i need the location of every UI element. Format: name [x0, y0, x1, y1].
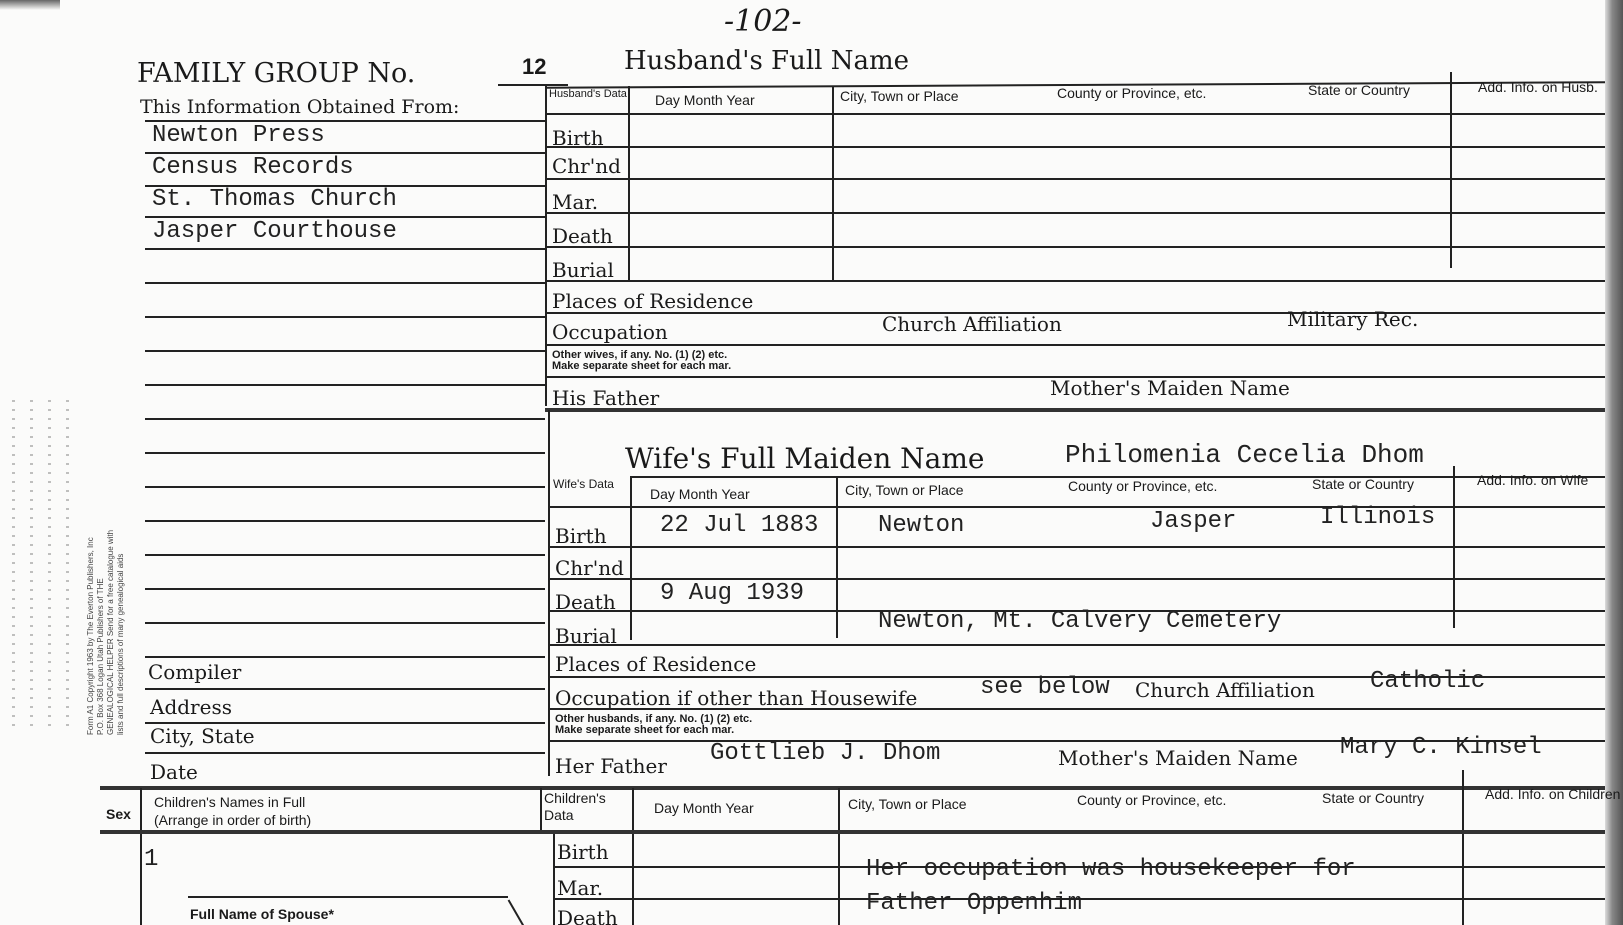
spouse-diagonal	[508, 900, 525, 925]
child-note-line-1[interactable]: Her occupation was housekeeper for	[866, 856, 1356, 883]
credit-line: P.O. Box 368 Logan Utah Publishers of TH…	[96, 395, 106, 735]
husband-row-rule	[545, 146, 1605, 148]
margin-marks	[12, 400, 72, 730]
family-group-number[interactable]: 12	[522, 54, 546, 80]
wife-col-divider	[836, 476, 838, 638]
wife-church-label: Church Affiliation	[1135, 678, 1315, 702]
blank-rule	[145, 656, 545, 658]
source-4[interactable]: Jasper Courthouse	[152, 218, 397, 245]
husband-col-divider	[628, 86, 630, 282]
husband-col-addinfo: Add. Info. on Husb.	[1478, 79, 1598, 95]
blank-rule	[145, 520, 545, 522]
other-wives-label-2: Make separate sheet for each mar.	[552, 361, 731, 372]
children-names-label: Children's Names in Full	[154, 794, 305, 810]
other-husbands-label-2: Make separate sheet for each mar.	[555, 725, 734, 736]
husband-col-county: County or Province, etc.	[1057, 85, 1206, 101]
husband-military-label: Military Rec.	[1287, 307, 1418, 331]
source-2[interactable]: Census Records	[152, 154, 354, 181]
wife-row-rule	[548, 506, 1605, 508]
wife-col-city: City, Town or Place	[845, 482, 964, 498]
husband-col-divider	[1450, 72, 1452, 268]
source-rule	[145, 248, 545, 250]
children-col-divider	[140, 788, 142, 925]
compiler-label: Compiler	[148, 660, 241, 684]
children-col-county: County or Province, etc.	[1077, 792, 1226, 808]
children-names-sublabel: (Arrange in order of birth)	[154, 812, 311, 828]
city-state-rule	[145, 752, 545, 754]
husband-death-label: Death	[552, 224, 613, 248]
wife-col-divider	[630, 476, 632, 640]
wife-occupation[interactable]: see below	[980, 674, 1110, 701]
wife-burial-place[interactable]: Newton, Mt. Calvery Cemetery	[878, 608, 1281, 635]
wife-mother-maiden-label: Mother's Maiden Name	[1058, 746, 1298, 770]
blank-rule	[145, 350, 545, 352]
husband-row-rule	[545, 246, 1605, 248]
wife-birth-date[interactable]: 22 Jul 1883	[660, 512, 818, 539]
husband-row-rule	[545, 312, 1605, 314]
his-father-label: His Father	[552, 386, 659, 410]
husband-row-rule	[545, 280, 1605, 282]
husband-row-rule	[545, 344, 1605, 346]
children-col-divider	[553, 830, 555, 925]
wife-data-label: Wife's Data	[553, 478, 623, 491]
wife-birth-label: Birth	[555, 524, 607, 548]
wife-col-addinfo: Add. Info. on Wife	[1477, 472, 1588, 488]
blank-rule	[145, 452, 545, 454]
wife-col-state: State or Country	[1312, 476, 1414, 492]
children-col-divider	[1462, 770, 1464, 925]
page-number: -102-	[724, 4, 802, 39]
center-divider	[548, 410, 550, 776]
wife-col-date: Day Month Year	[650, 486, 750, 502]
wife-church[interactable]: Catholic	[1370, 668, 1485, 695]
date-label: Date	[150, 760, 198, 784]
husband-church-label: Church Affiliation	[882, 312, 1062, 336]
wife-mother-maiden-name[interactable]: Mary C. Kinsel	[1340, 734, 1542, 761]
blank-rule	[145, 384, 545, 386]
children-col-divider	[632, 788, 634, 925]
scan-edge	[0, 0, 60, 10]
wife-birth-city[interactable]: Newton	[878, 512, 964, 539]
source-1[interactable]: Newton Press	[152, 122, 325, 149]
child-number-1: 1	[144, 846, 158, 873]
children-col-date: Day Month Year	[654, 800, 754, 816]
husband-col-date: Day Month Year	[655, 92, 755, 108]
wife-death-date[interactable]: 9 Aug 1939	[660, 580, 804, 607]
children-col-divider	[838, 788, 840, 925]
source-3[interactable]: St. Thomas Church	[152, 186, 397, 213]
wife-row-rule	[548, 546, 1605, 548]
blank-rule	[145, 554, 545, 556]
children-col-addinfo: Add. Info. on Children	[1485, 786, 1620, 802]
wife-occupation-label: Occupation if other than Housewife	[555, 686, 917, 710]
husband-col-divider	[832, 86, 834, 282]
address-label: Address	[150, 695, 232, 719]
family-group-label: FAMILY GROUP No.	[137, 58, 415, 89]
wife-chrnd-label: Chr'nd	[555, 556, 624, 580]
husband-mother-maiden-label: Mother's Maiden Name	[1050, 376, 1290, 400]
blank-rule	[145, 486, 545, 488]
wife-birth-county[interactable]: Jasper	[1150, 508, 1236, 535]
husband-chrnd-label: Chr'nd	[552, 154, 621, 178]
blank-rule	[145, 418, 545, 420]
husband-row-rule	[545, 178, 1605, 180]
wife-maiden-name[interactable]: Philomenia Cecelia Dhom	[1065, 440, 1424, 470]
blank-rule	[145, 622, 545, 624]
city-state-label: City, State	[150, 724, 255, 748]
husband-row-rule	[545, 113, 1605, 115]
spouse-label: Full Name of Spouse*	[190, 906, 334, 922]
her-father-label: Her Father	[555, 754, 667, 778]
husband-col-city: City, Town or Place	[840, 88, 959, 104]
husband-row-rule	[545, 212, 1605, 214]
blank-rule	[145, 588, 545, 590]
children-data-label: Children's Data	[544, 790, 629, 824]
family-group-underline	[498, 84, 568, 86]
wife-row-rule	[548, 708, 1605, 710]
child-note-line-2[interactable]: Father Oppenhim	[866, 890, 1082, 917]
credit-line: GENEALOGICAL HELPER Send for a free cata…	[106, 395, 116, 735]
compiler-rule	[145, 688, 545, 690]
children-col-state: State or Country	[1322, 790, 1424, 806]
children-header-bottom	[100, 830, 1605, 834]
wife-birth-state[interactable]: Illinois	[1320, 504, 1435, 531]
husband-residence-label: Places of Residence	[552, 289, 753, 313]
her-father[interactable]: Gottlieb J. Dhom	[710, 740, 940, 767]
husband-full-name-label: Husband's Full Name	[624, 46, 909, 76]
children-sex-label: Sex	[106, 806, 131, 822]
children-col-divider	[540, 788, 542, 830]
husband-mar-label: Mar.	[552, 190, 598, 214]
wife-maiden-name-label: Wife's Full Maiden Name	[625, 442, 984, 475]
wife-residence-label: Places of Residence	[555, 652, 756, 676]
wife-col-county: County or Province, etc.	[1068, 478, 1217, 494]
husband-section-bottom	[545, 408, 1605, 412]
credit-line: lists and full descriptions of many gene…	[116, 395, 126, 735]
blank-rule	[145, 282, 545, 284]
blank-rule	[145, 316, 545, 318]
wife-row-rule	[548, 644, 1605, 646]
husband-occupation-label: Occupation	[552, 320, 668, 344]
publisher-credit: Form A1 Copyright 1963 by The Everton Pu…	[86, 395, 126, 735]
husband-data-label: Husband's Data	[549, 89, 627, 100]
spouse-rule	[188, 896, 508, 898]
husband-col-state: State or Country	[1308, 82, 1410, 98]
husband-burial-label: Burial	[552, 258, 614, 282]
child-death-label: Death	[557, 906, 618, 925]
credit-line: Form A1 Copyright 1963 by The Everton Pu…	[86, 395, 96, 735]
child-birth-label: Birth	[557, 840, 609, 864]
child-mar-label: Mar.	[557, 876, 603, 900]
children-col-city: City, Town or Place	[848, 796, 967, 812]
info-obtained-label: This Information Obtained From:	[140, 96, 459, 118]
